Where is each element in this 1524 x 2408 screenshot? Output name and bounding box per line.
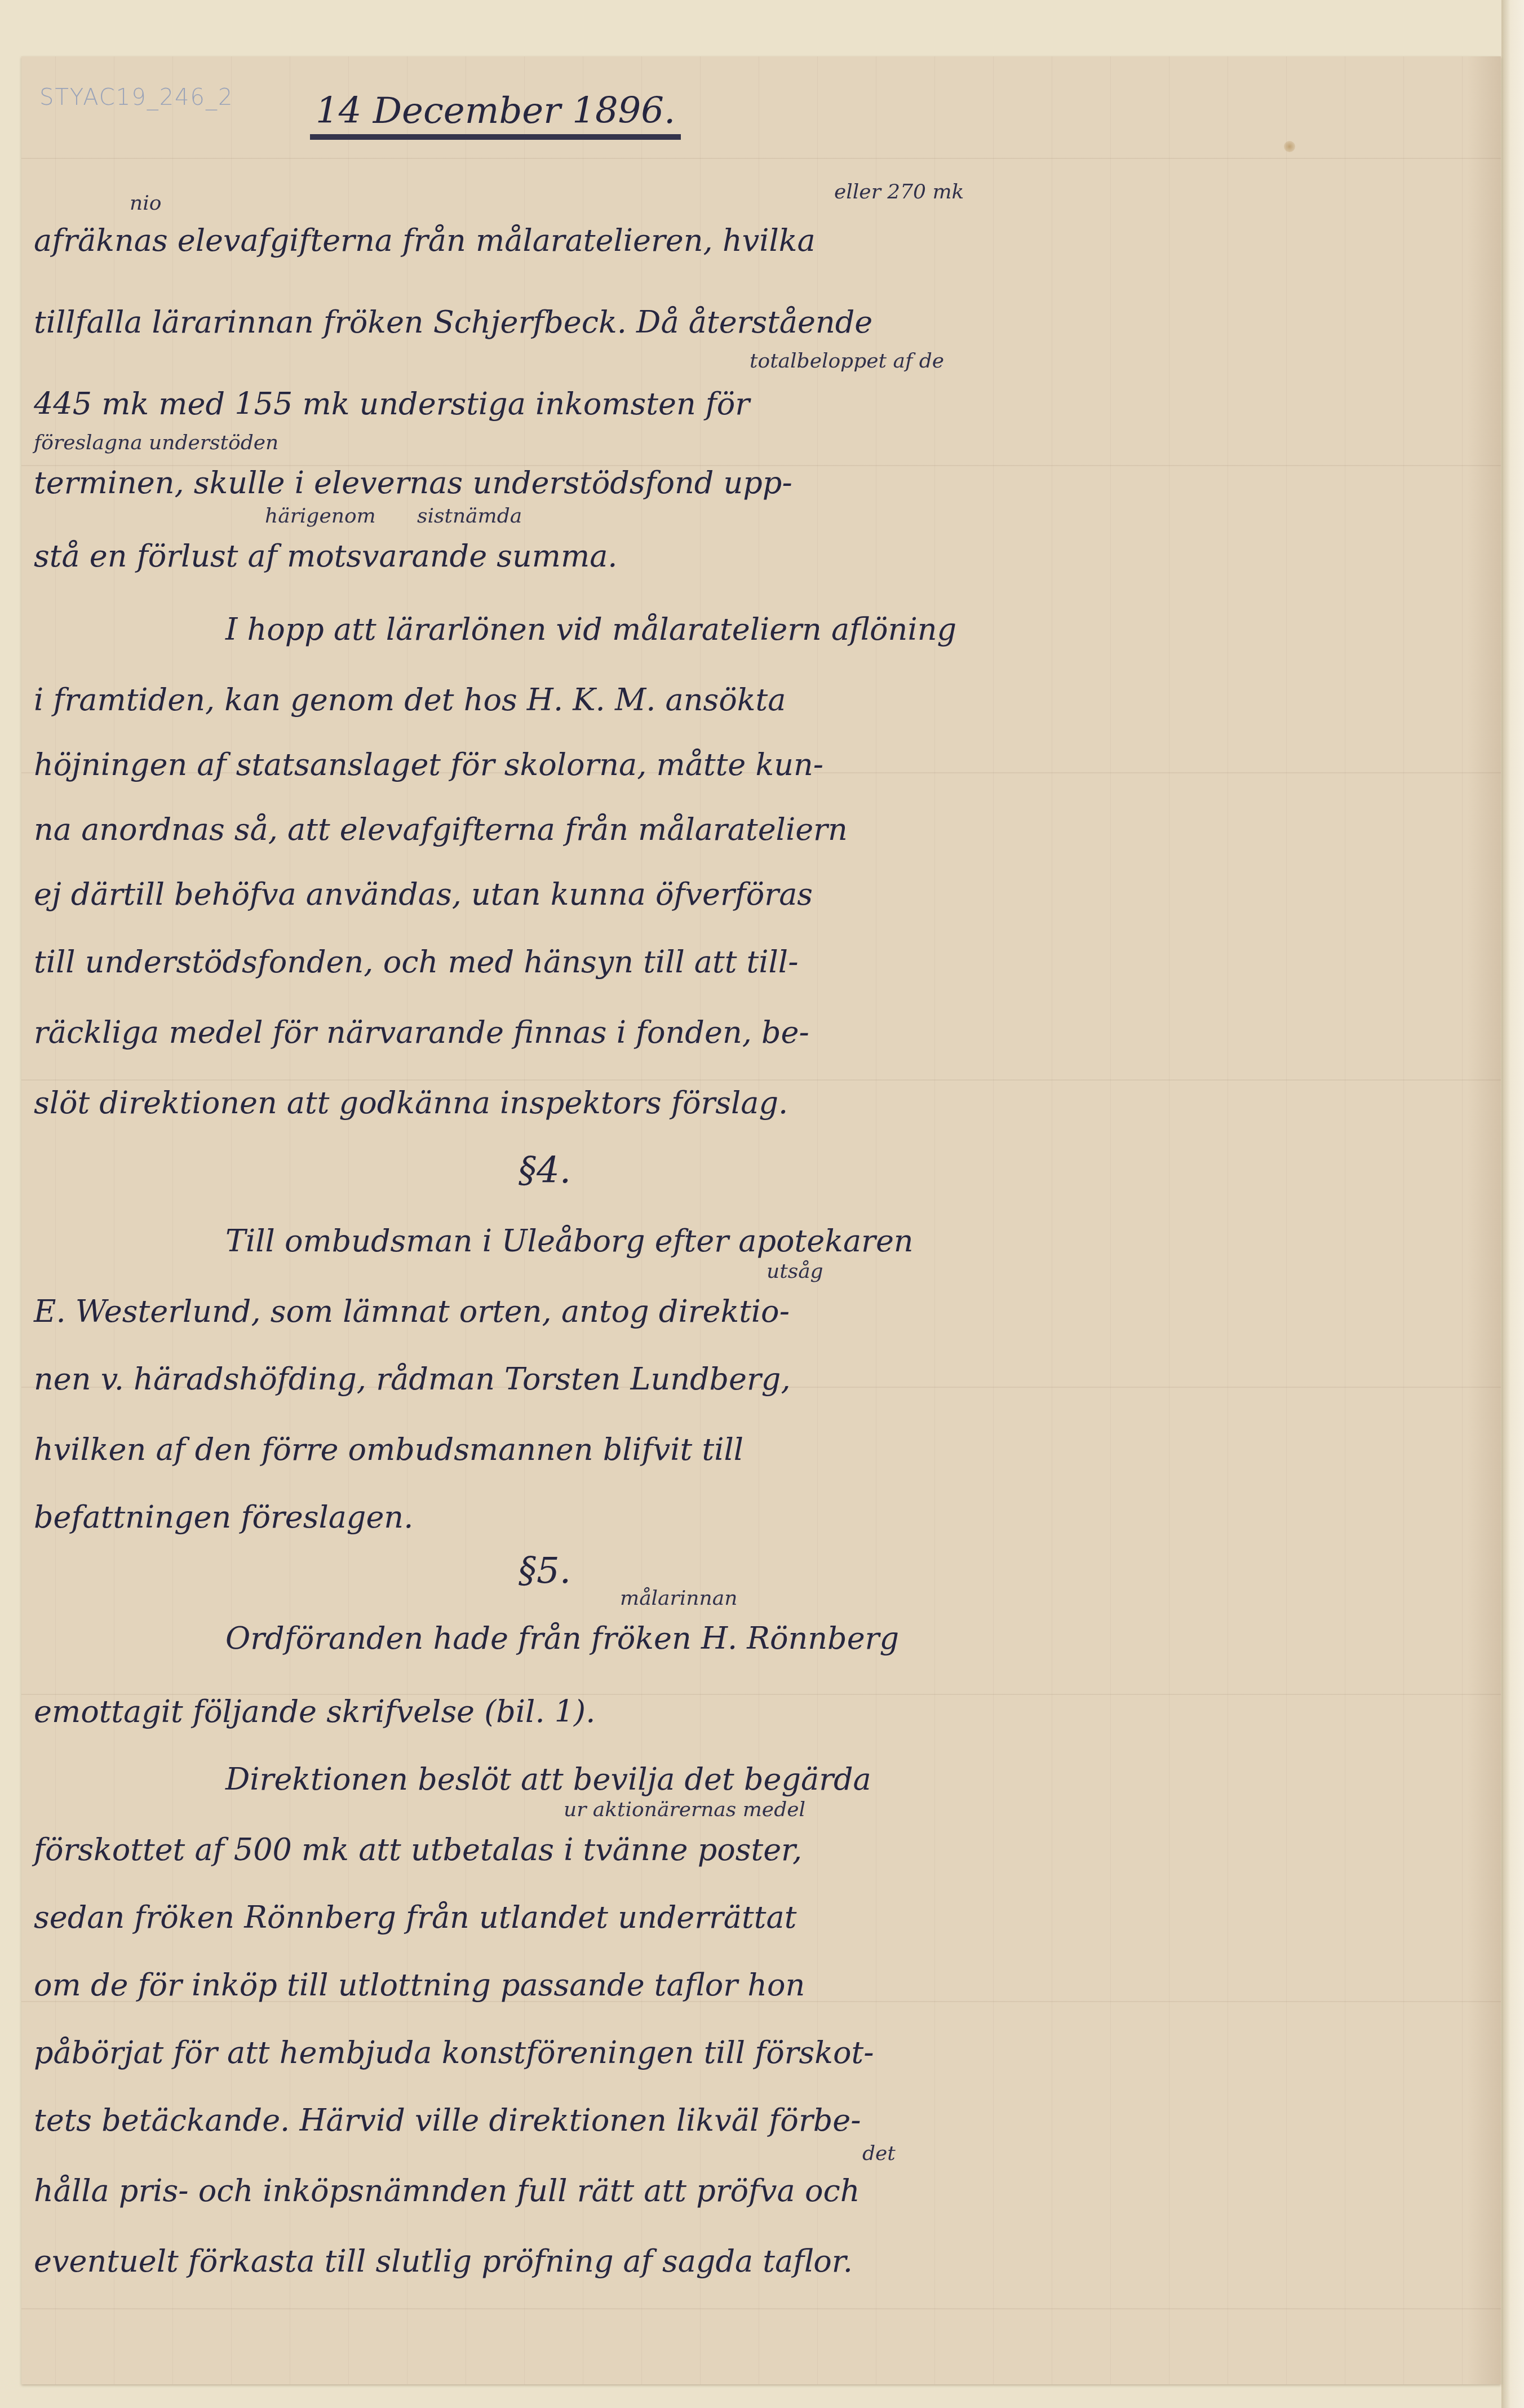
section-mark-5: §5. xyxy=(519,1550,571,1592)
text-line: I hopp att lärarlönen vid målarateliern … xyxy=(225,614,956,645)
text-line: stå en förlust af motsvarande summa. xyxy=(34,541,618,572)
text-line: emottagit följande skrifvelse (bil. 1). xyxy=(34,1697,595,1727)
text-line: E. Westerlund, som lämnat orten, antog d… xyxy=(34,1296,790,1327)
text-line: hvilken af den förre ombudsmannen blifvi… xyxy=(34,1435,743,1465)
insertion-aktionarernas: ur aktionärernas medel xyxy=(564,1798,805,1821)
text-line: förskottet af 500 mk att utbetalas i tvä… xyxy=(34,1835,802,1865)
insertion-malarinnan: målarinnan xyxy=(620,1587,737,1610)
text-line: tillfalla lärarinnan fröken Schjerfbeck.… xyxy=(34,307,872,338)
text-line: nen v. häradshöfding, rådman Torsten Lun… xyxy=(34,1364,791,1395)
text-line: hålla pris- och inköpsnämnden full rätt … xyxy=(34,2176,860,2206)
text-line: Direktionen beslöt att bevilja det begär… xyxy=(225,1764,871,1795)
text-line: om de för inköp till utlottning passande… xyxy=(34,1970,805,2000)
text-line: Ordföranden hade från fröken H. Rönnberg xyxy=(225,1623,899,1654)
insertion-nio: nio xyxy=(130,192,161,215)
text-line: eventuelt förkasta till slutlig pröfning… xyxy=(34,2246,853,2277)
insertion-sistnamda: sistnämda xyxy=(417,504,522,528)
insertion-utsag: utsåg xyxy=(767,1260,823,1283)
archive-id: STYAC19_246_2 xyxy=(39,85,233,110)
text-line: sedan fröken Rönnberg från utlandet unde… xyxy=(34,1902,796,1933)
text-line: befattningen föreslagen. xyxy=(34,1502,413,1533)
text-line: räckliga medel för närvarande finnas i f… xyxy=(34,1017,809,1048)
date-heading: 14 December 1896. xyxy=(310,90,681,140)
text-line: na anordnas så, att elevafgifterna från … xyxy=(34,815,848,845)
text-line: slöt direktionen att godkänna inspektors… xyxy=(34,1088,788,1118)
text-line: höjningen af statsanslaget för skolorna,… xyxy=(34,750,823,780)
text-line: terminen, skulle i elevernas understödsf… xyxy=(34,468,792,498)
text-line: Till ombudsman i Uleåborg efter apotekar… xyxy=(225,1226,914,1256)
insertion-harigenom: härigenom xyxy=(265,504,376,528)
insertion-understoden: föreslagna understöden xyxy=(34,431,278,454)
insertion-det: det xyxy=(862,2142,896,2165)
text-line: tets betäckande. Härvid ville direktione… xyxy=(34,2105,861,2136)
text-line: i framtiden, kan genom det hos H. K. M. … xyxy=(34,685,786,715)
text-line: ej därtill behöfva användas, utan kunna … xyxy=(34,879,813,910)
text-line: 445 mk med 155 mk understiga inkomsten f… xyxy=(34,389,750,419)
backing-board-edge xyxy=(1501,0,1524,2408)
text-line: till understödsfonden, och med hänsyn ti… xyxy=(34,947,798,977)
paper-stain xyxy=(1284,141,1295,152)
text-line: afräknas elevafgifterna från målaratelie… xyxy=(34,225,816,256)
insertion-270mk: eller 270 mk xyxy=(834,180,964,203)
section-mark-4: §4. xyxy=(519,1150,571,1192)
text-line: påbörjat för att hembjuda konstföreninge… xyxy=(34,2038,874,2068)
insertion-totalbeloppet: totalbeloppet af de xyxy=(750,349,944,373)
